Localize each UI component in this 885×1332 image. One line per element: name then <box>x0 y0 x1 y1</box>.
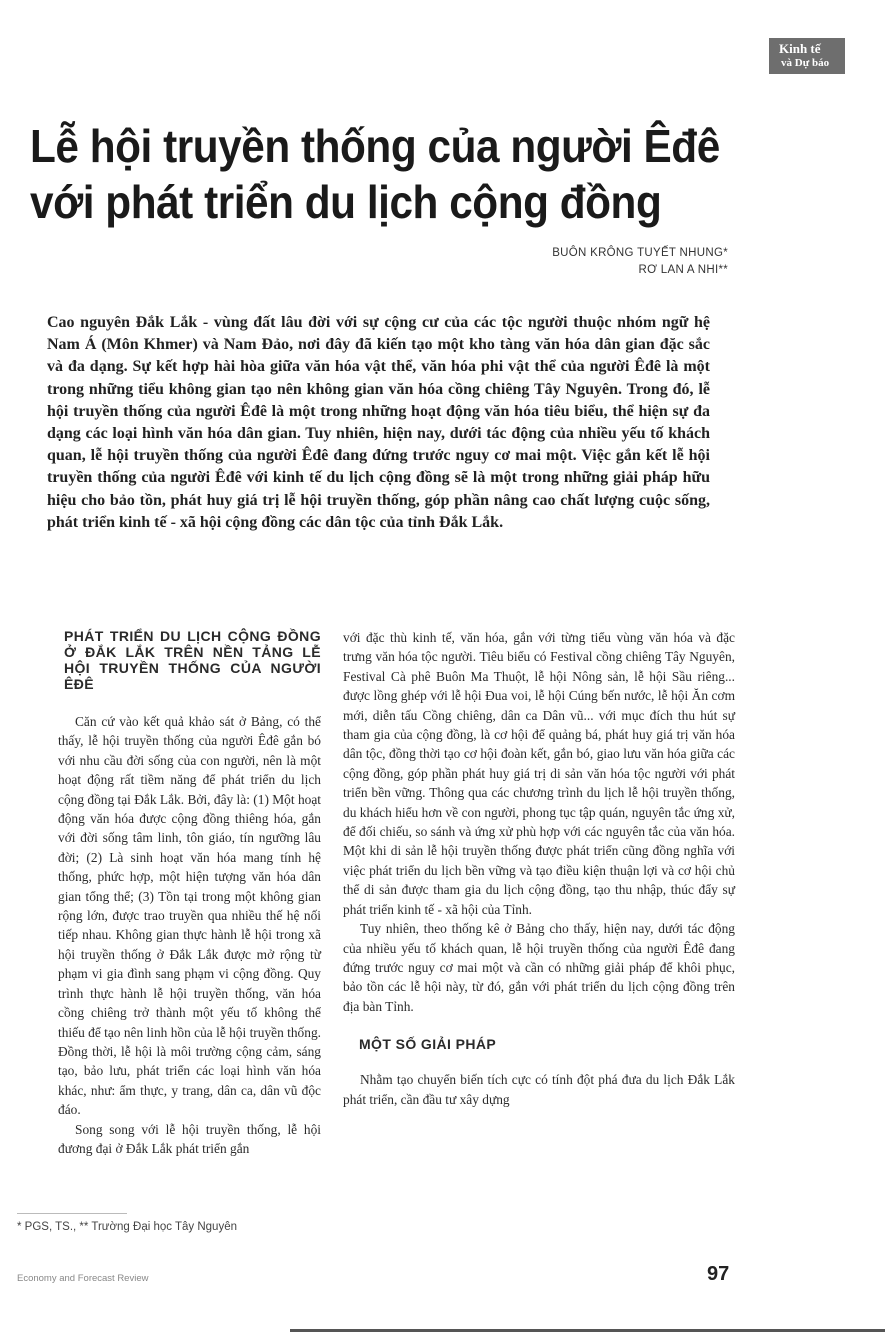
paragraph: Căn cứ vào kết quả khảo sát ở Bảng, có t… <box>58 712 321 1120</box>
footnote-divider <box>17 1213 127 1214</box>
author-1: BUÔN KRÔNG TUYẾT NHUNG* <box>552 245 728 262</box>
article-title: Lễ hội truyền thống của người Êđê với ph… <box>30 118 766 230</box>
journal-name: Economy and Forecast Review <box>17 1273 148 1284</box>
page-number: 97 <box>707 1263 729 1286</box>
badge-line2: và Dự báo <box>779 56 845 71</box>
author-2: RƠ LAN A NHI** <box>552 262 728 279</box>
journal-badge: Kinh tế và Dự báo <box>769 38 845 74</box>
paragraph: Song song với lễ hội truyền thống, lễ hộ… <box>58 1120 321 1159</box>
paragraph: Tuy nhiên, theo thống kê ở Bảng cho thấy… <box>343 919 735 1016</box>
footnote: * PGS, TS., ** Trường Đại học Tây Nguyên <box>17 1221 237 1233</box>
abstract: Cao nguyên Đắk Lắk - vùng đất lâu đời vớ… <box>47 312 710 534</box>
section-heading-1: PHÁT TRIỂN DU LỊCH CỘNG ĐỒNG Ở ĐẮK LẮK T… <box>58 628 321 692</box>
authors: BUÔN KRÔNG TUYẾT NHUNG* RƠ LAN A NHI** <box>552 245 728 279</box>
badge-line1: Kinh tế <box>779 41 845 56</box>
paragraph: Nhằm tạo chuyển biến tích cực có tính độ… <box>343 1070 735 1109</box>
section-heading-2: MỘT SỐ GIẢI PHÁP <box>359 1036 735 1052</box>
right-column: với đặc thù kinh tế, văn hóa, gắn với từ… <box>343 628 735 1109</box>
left-column: PHÁT TRIỂN DU LỊCH CỘNG ĐỒNG Ở ĐẮK LẮK T… <box>58 628 321 1158</box>
paragraph: với đặc thù kinh tế, văn hóa, gắn với từ… <box>343 628 735 919</box>
